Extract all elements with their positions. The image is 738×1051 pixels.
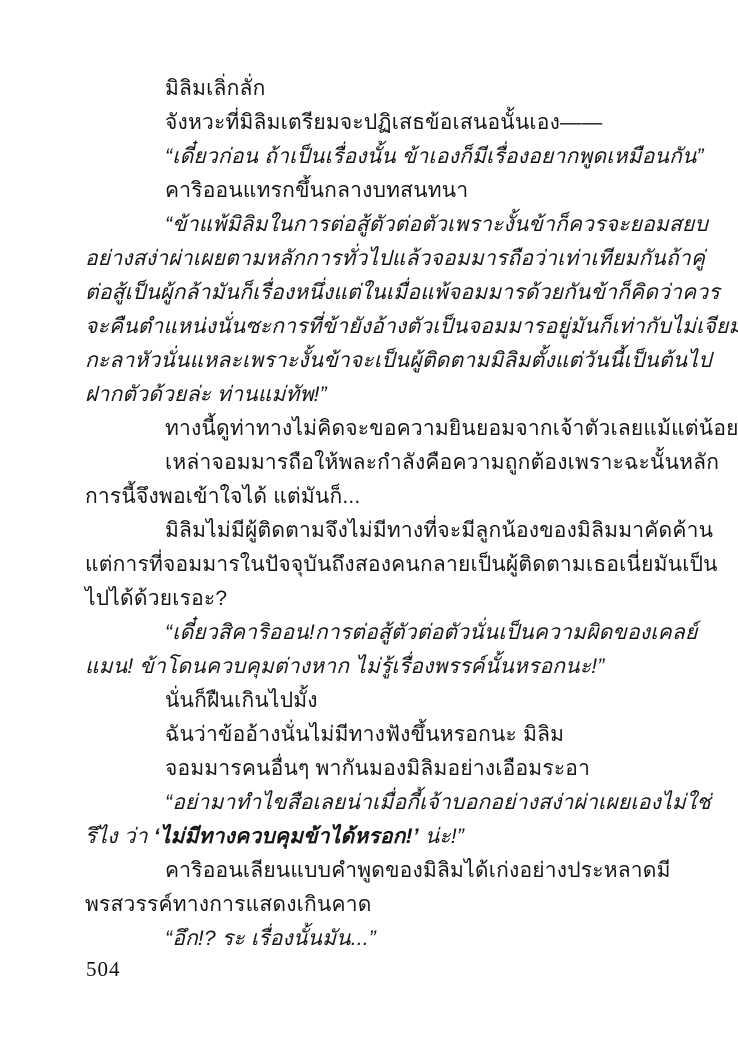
emphasized-text: ‘ไม่มีทางควบคุมข้าได้หรอก!’ bbox=[154, 825, 419, 848]
text-segment: ข้าก็คิดว่าควร bbox=[591, 276, 720, 310]
text-line: “อย่ามาทำไขสือเลยน่าเมื่อกี้เจ้าบอกอย่าง… bbox=[85, 786, 655, 820]
text-line: ต่อสู้เป็นผู้กล้ามันก็เรื่องหนึ่งแต่ในเม… bbox=[85, 276, 655, 310]
text-line: จอมมารคนอื่นๆ พากันมองมิลิมอย่างเอือมระอ… bbox=[85, 752, 655, 786]
text-line: “ข้าแพ้มิลิมในการต่อสู้ตัวต่อตัวเพราะงั้… bbox=[85, 208, 655, 242]
text-segment: “เดี๋ยวสิ bbox=[165, 616, 231, 650]
text-segment: นั่นก็ฝืนเกินไปมั้ง bbox=[165, 689, 318, 712]
text-segment: จอมมารคนอื่นๆ พากันมองมิลิมอย่างเอือมระอ… bbox=[165, 757, 590, 780]
text-line: จังหวะที่มิลิมเตรียมจะปฏิเสธข้อเสนอนั้นเ… bbox=[85, 106, 655, 140]
text-line: ทางนี้ดูท่าทางไม่คิดจะขอความยินยอมจากเจ้… bbox=[85, 412, 655, 446]
text-segment: ไปได้ด้วยเรอะ? bbox=[85, 587, 227, 610]
page-text: มิลิมเลิ่กลั่กจังหวะที่มิลิมเตรียมจะปฏิเ… bbox=[85, 72, 655, 956]
text-line: คาริออนเลียนแบบคำพูดของมิลิมได้เก่งอย่าง… bbox=[85, 854, 655, 888]
text-segment: ถ้าคู่ bbox=[666, 242, 705, 276]
text-segment: ทางนี้ดูท่าทางไม่คิดจะขอความยินยอมจากเจ้… bbox=[165, 417, 738, 440]
text-line: การนี้จึงพอเข้าใจได้ แต่มันก็... bbox=[85, 480, 655, 514]
text-segment: การต่อสู้ตัวต่อตัวนั่นเป็นความผิดของเคลย… bbox=[315, 616, 698, 650]
text-line: มิลิมไม่มีผู้ติดตามจึงไม่มีทางที่จะมีลูก… bbox=[85, 514, 655, 548]
text-segment: เหล่าจอมมารถือให้พละกำลังคือความถูกต้อง bbox=[165, 446, 568, 480]
text-line: จะคืนตำแหน่งนั่นซะการที่ข้ายังอ้างตัวเป็… bbox=[85, 310, 655, 344]
text-segment: อย่างสง่าผ่าเผย bbox=[85, 242, 225, 276]
text-segment: ตามหลักการทั่วไปแล้วจอมมารถือว่าเท่าเทีย… bbox=[225, 242, 666, 276]
text-segment: เมื่อกี้เจ้าบอกอย่างสง่าผ่าเผยเองไม่ใช่ bbox=[372, 786, 711, 820]
text-segment: “ข้าแพ้มิลิมในการต่อสู้ตัวต่อตัว bbox=[165, 208, 447, 242]
text-segment: ฝากตัวด้วยล่ะ ท่านแม่ทัพ!” bbox=[85, 383, 327, 406]
text-line: ฝากตัวด้วยล่ะ ท่านแม่ทัพ!” bbox=[85, 378, 655, 412]
text-segment: พรสวรรค์ทางการแสดงเกินคาด bbox=[85, 893, 372, 916]
text-segment: มี bbox=[657, 854, 671, 888]
text-segment: คาริออนเลียนแบบคำพูดของมิลิมได้เก่งอย่าง… bbox=[165, 854, 657, 888]
text-segment: คาริออนแทรกขึ้นกลางบทสนทนา bbox=[165, 179, 468, 202]
text-segment: “เดี๋ยวก่อน ถ้าเป็นเรื่องนั้น ข้าเองก็มี… bbox=[165, 145, 704, 168]
text-segment: เพราะงั้นข้าก็ควรจะยอมสยบ bbox=[447, 208, 708, 242]
text-line: อย่างสง่าผ่าเผยตามหลักการทั่วไปแล้วจอมมา… bbox=[85, 242, 655, 276]
text-segment: รึไง ว่า bbox=[85, 825, 154, 848]
text-line: แมน! ข้าโดนควบคุมต่างหาก ไม่รู้เรื่องพรร… bbox=[85, 650, 655, 684]
text-segment: มิลิมเลิ่กลั่ก bbox=[165, 77, 266, 100]
text-segment: แต่การที่จอมมารในปัจจุบันถึงสองคนกลายเป็… bbox=[85, 548, 654, 582]
text-segment: แมน! ข้าโดนควบคุมต่างหาก ไม่รู้เรื่องพรร… bbox=[85, 655, 604, 678]
text-segment: จังหวะที่มิลิมเตรียมจะปฏิเสธข้อเสนอนั้นเ… bbox=[165, 111, 602, 134]
text-segment: กะลาหัวนั่นแหละ bbox=[85, 344, 242, 378]
text-line: เหล่าจอมมารถือให้พละกำลังคือความถูกต้องเ… bbox=[85, 446, 655, 480]
text-line: มิลิมเลิ่กลั่ก bbox=[85, 72, 655, 106]
text-line: รึไง ว่า ‘ไม่มีทางควบคุมข้าได้หรอก!’ น่ะ… bbox=[85, 820, 655, 854]
text-segment: แต่ในเมื่อแพ้จอมมารด้วยกัน bbox=[333, 276, 590, 310]
text-segment: ต่อสู้เป็นผู้กล้ามันก็เรื่องหนึ่ง bbox=[85, 276, 333, 310]
text-segment: คาริออน! bbox=[231, 616, 315, 650]
text-segment: น่ะ!” bbox=[419, 825, 464, 848]
page-number: 504 bbox=[86, 952, 121, 986]
text-line: นั่นก็ฝืนเกินไปมั้ง bbox=[85, 684, 655, 718]
text-segment: จึงไม่มีทางที่จะมีลูกน้องของมิลิมมาคัดค้… bbox=[325, 514, 713, 548]
text-segment: ฉันว่าข้ออ้างนั่นไม่มีทางฟังขึ้นหรอกนะ ม… bbox=[165, 723, 564, 746]
text-line: แต่การที่จอมมารในปัจจุบันถึงสองคนกลายเป็… bbox=[85, 548, 655, 582]
text-segment: “อย่ามาทำไขสือเลยน่า bbox=[165, 786, 372, 820]
text-segment: เพราะฉะนั้นหลัก bbox=[568, 446, 720, 480]
text-line: ฉันว่าข้ออ้างนั่นไม่มีทางฟังขึ้นหรอกนะ ม… bbox=[85, 718, 655, 752]
text-segment: มิลิมไม่มีผู้ติดตาม bbox=[165, 514, 325, 548]
book-page: มิลิมเลิ่กลั่กจังหวะที่มิลิมเตรียมจะปฏิเ… bbox=[0, 0, 738, 1051]
text-segment: การนี้จึงพอเข้าใจได้ แต่มันก็... bbox=[85, 485, 360, 508]
text-segment: การที่ข้ายังอ้างตัวเป็นจอมมารอยู่มันก็เท… bbox=[271, 310, 738, 344]
text-line: “เดี๋ยวก่อน ถ้าเป็นเรื่องนั้น ข้าเองก็มี… bbox=[85, 140, 655, 174]
text-line: พรสวรรค์ทางการแสดงเกินคาด bbox=[85, 888, 655, 922]
text-segment: “อึก!? ระ เรื่องนั้นมัน...” bbox=[165, 927, 376, 950]
text-segment: เพราะงั้นข้าจะเป็นผู้ติดตามมิลิมตั้งแต่ว… bbox=[242, 344, 712, 378]
text-line: ไปได้ด้วยเรอะ? bbox=[85, 582, 655, 616]
text-line: กะลาหัวนั่นแหละเพราะงั้นข้าจะเป็นผู้ติดต… bbox=[85, 344, 655, 378]
text-segment: มันเป็น bbox=[654, 548, 718, 582]
text-line: “เดี๋ยวสิคาริออน!การต่อสู้ตัวต่อตัวนั่นเ… bbox=[85, 616, 655, 650]
text-line: คาริออนแทรกขึ้นกลางบทสนทนา bbox=[85, 174, 655, 208]
text-line: “อึก!? ระ เรื่องนั้นมัน...” bbox=[85, 922, 655, 956]
text-segment: จะคืนตำแหน่งนั่นซะ bbox=[85, 310, 271, 344]
